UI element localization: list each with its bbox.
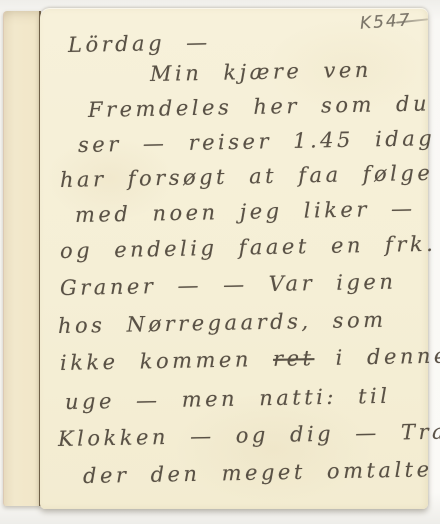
letter-line-10: ikke kommen ret i denne (60, 346, 440, 374)
letter-page: K547 Lördag — Min kjære ven Fremdeles he… (40, 8, 428, 509)
letter-line-11: uge — men natti: til (65, 386, 391, 413)
struck-word: ret (273, 346, 315, 371)
letter-line-2: Min kjære ven (150, 60, 372, 85)
folded-page-edge (3, 11, 41, 506)
letter-line-8: Graner — — Var igen (60, 272, 397, 299)
line-10-pre: ikke kommen (60, 347, 274, 375)
letter-line-12: Klokken — og dig — Traf (58, 421, 440, 450)
letter-line-6: med noen jeg liker — (75, 198, 416, 226)
letter-line-7: og endelig faaet en frk. (60, 234, 437, 262)
line-10-post: i denne (314, 344, 440, 371)
letter-line-9: hos Nørregaards, som (58, 310, 387, 337)
letter-line-5: har forsøgt at faa følge (60, 163, 434, 191)
letter-line-13: der den meget omtalte (83, 459, 433, 487)
scan-background: K547 Lördag — Min kjære ven Fremdeles he… (0, 0, 440, 524)
letter-line-3: Fremdeles her som du (88, 93, 430, 121)
letter-line-1: Lördag — (68, 32, 211, 56)
letter-line-4: ser — reiser 1.45 idag — (78, 127, 440, 156)
